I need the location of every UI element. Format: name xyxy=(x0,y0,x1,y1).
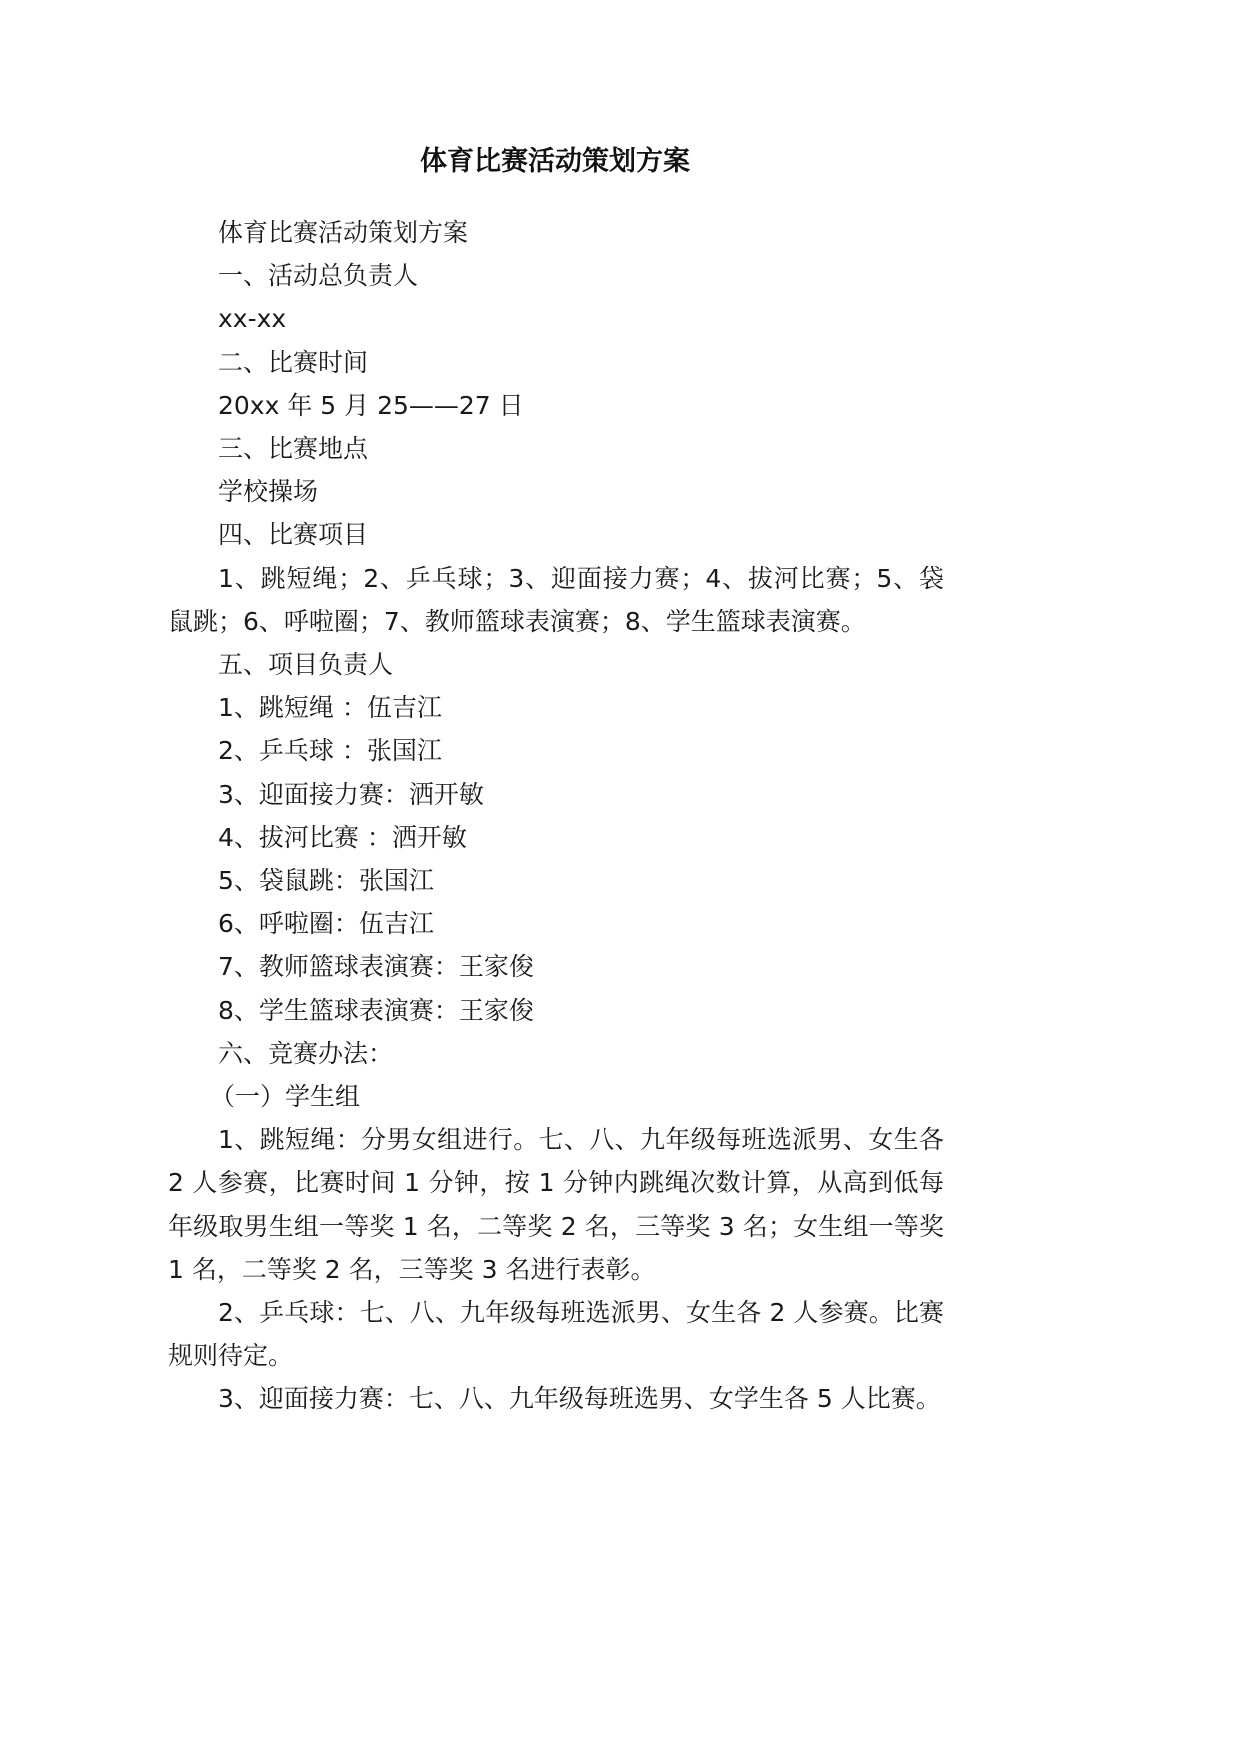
paragraph-rule-jump-rope: 1、跳短绳：分男女组进行。七、八、九年级每班选派男、女生各 2 人参赛，比赛时间… xyxy=(168,1118,944,1291)
document-body: 体育比赛活动策划方案 一、活动总负责人 xx-xx 二、比赛时间 20xx 年 … xyxy=(168,211,944,1421)
heading-section-2: 二、比赛时间 xyxy=(168,341,944,384)
list-item-owner: 7、教师篮球表演赛：王家俊 xyxy=(168,945,944,988)
paragraph-rule-table-tennis: 2、乒乓球：七、八、九年级每班选派男、女生各 2 人参赛。比赛规则待定。 xyxy=(168,1291,944,1377)
document-title: 体育比赛活动策划方案 xyxy=(0,140,1110,184)
list-item-owner: 2、乒乓球 ：张国江 xyxy=(168,729,944,772)
heading-section-6: 六、竞赛办法： xyxy=(168,1032,944,1075)
heading-section-5: 五、项目负责人 xyxy=(168,643,944,686)
list-item-owner: 6、呼啦圈：伍吉江 xyxy=(168,902,944,945)
list-item-owner: 8、学生篮球表演赛：王家俊 xyxy=(168,989,944,1032)
list-item-owner: 4、拔河比赛 ：洒开敏 xyxy=(168,816,944,859)
list-item-owner: 3、迎面接力赛：洒开敏 xyxy=(168,773,944,816)
heading-section-1: 一、活动总负责人 xyxy=(168,254,944,297)
paragraph-events: 1、跳短绳；2、乒乓球；3、迎面接力赛；4、拔河比赛；5、袋鼠跳；6、呼啦圈；7… xyxy=(168,557,944,643)
subheading-student-group: （一）学生组 xyxy=(168,1075,944,1118)
list-item-owner: 1、跳短绳 ：伍吉江 xyxy=(168,686,944,729)
heading-section-4: 四、比赛项目 xyxy=(168,513,944,556)
list-item-owner: 5、袋鼠跳：张国江 xyxy=(168,859,944,902)
paragraph-rule-relay: 3、迎面接力赛：七、八、九年级每班选男、女学生各 5 人比赛。 xyxy=(168,1377,944,1420)
paragraph-subtitle: 体育比赛活动策划方案 xyxy=(168,211,944,254)
paragraph-location: 学校操场 xyxy=(168,470,944,513)
document-page: 体育比赛活动策划方案 体育比赛活动策划方案 一、活动总负责人 xx-xx 二、比… xyxy=(0,0,1240,1753)
paragraph-date: 20xx 年 5 月 25——27 日 xyxy=(168,384,944,427)
paragraph-leader: xx-xx xyxy=(168,297,944,340)
heading-section-3: 三、比赛地点 xyxy=(168,427,944,470)
